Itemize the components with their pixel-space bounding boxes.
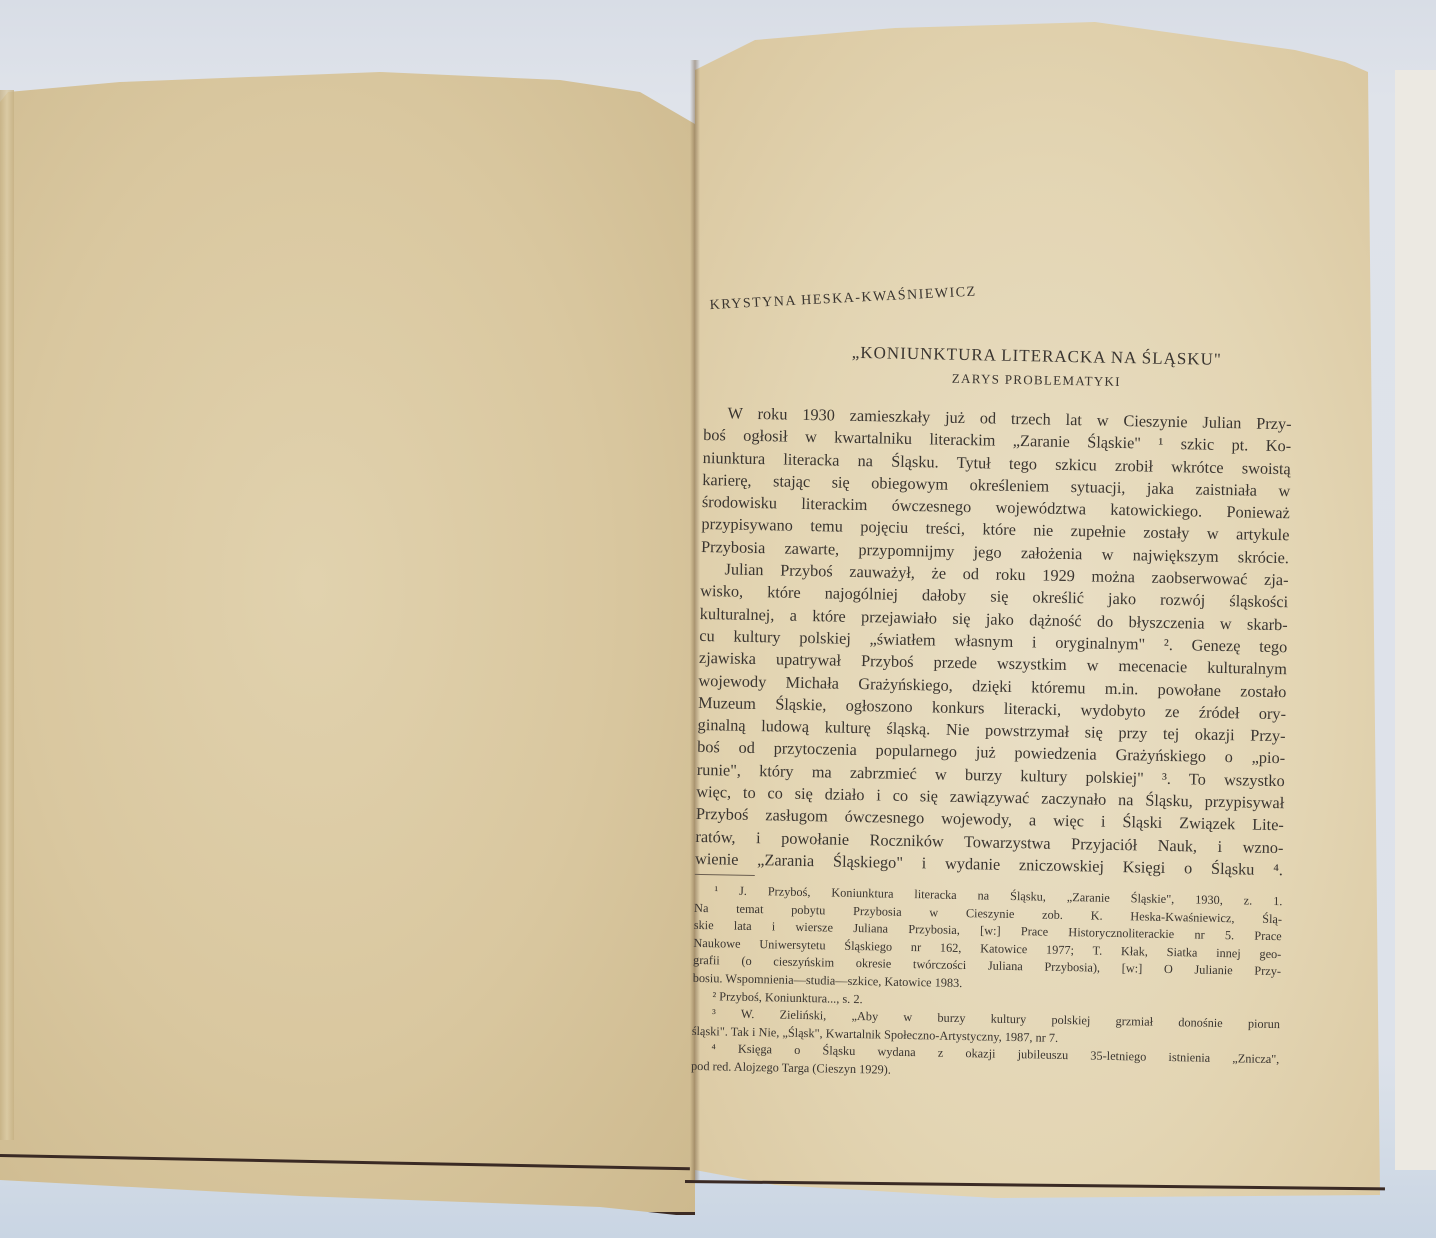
underlying-sheet [1395, 70, 1436, 1170]
left-page-stack-edge [0, 90, 14, 1140]
article-body: W roku 1930 zamieszkały już od trzech la… [695, 402, 1292, 881]
left-page-blank [0, 72, 695, 1215]
footnotes: ¹ J. Przyboś, Koniunktura literacka na Ś… [691, 882, 1283, 1087]
open-book: Krystyna Heska-Kwaśniewicz „KONIUNKTURA … [0, 0, 1436, 1238]
